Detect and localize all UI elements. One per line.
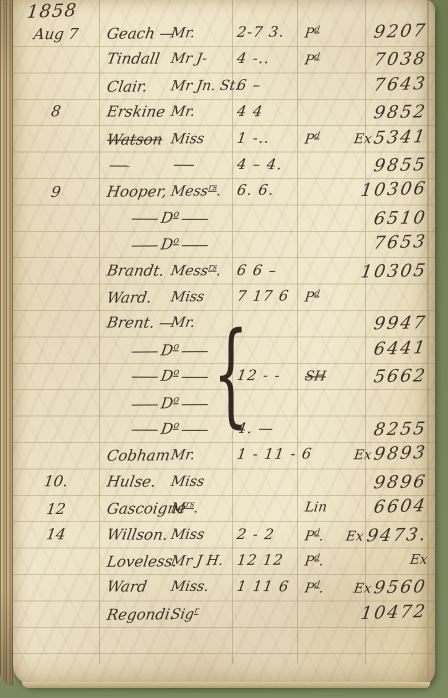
ledger-row: Loveless.Mr J H.12 12Pd.Ex (13, 547, 435, 576)
ledger-number: 9855 (373, 155, 429, 176)
negative-number-cell: Ex9893 (365, 444, 435, 464)
ledger-number: 6441 (373, 338, 429, 360)
negative-number-cell: 7038 (365, 50, 435, 70)
name-cell: Regondi.Sigr (99, 605, 232, 624)
ledger-number: 9947 (373, 314, 429, 335)
ledger-row: Regondi.Sigr10472 (13, 600, 435, 629)
name-cell: WatsonMiss (99, 130, 232, 149)
amount-cell: 12 - - (231, 368, 298, 384)
negative-number-cell: 9855 (365, 156, 435, 176)
name-cell: Brandt.Messrs. (99, 261, 232, 280)
ledger-number: 5662 (373, 367, 429, 388)
ledger-page: 1858 Aug 7Geach —Mr.2-7 3.Pd9207TindallM… (13, 0, 435, 686)
paid-mark-cell: Pd (296, 288, 366, 306)
date-cell: 9 (13, 183, 100, 202)
amount-cell: 1 - 11 - 6 (231, 447, 298, 463)
negative-number-cell: 9852 (365, 103, 435, 123)
paid-mark-cell: Pd (296, 51, 367, 69)
negative-number-cell: Ex9560 (365, 578, 435, 598)
name-cell: Brent. —Mr. (99, 314, 232, 333)
name-cell: TindallMr J- (99, 50, 232, 69)
date-cell (13, 562, 99, 563)
paid-mark-cell: Pd. (296, 552, 366, 570)
date-cell: 12 (13, 500, 100, 519)
negative-number-cell: 9947 (365, 314, 435, 334)
ledger-number: 10306 (360, 179, 429, 201)
ledger-row: 9Hooper,Messrs.6. 6.10306 (13, 177, 435, 206)
name-cell: Do (99, 235, 232, 254)
amount-cell: 1 11 6 (231, 580, 298, 596)
ledger-number: 9473. (365, 525, 428, 546)
name-cell: Willson.Miss (99, 525, 232, 544)
ledger-row: Do (13, 388, 435, 417)
ledger-row: Ward.Miss7 17 6Pd (13, 283, 435, 312)
date-cell: 8 (13, 102, 100, 120)
date-cell (13, 456, 99, 457)
amount-cell: 6 6 – (231, 263, 298, 279)
ledger-row: 4 – 4.9855 (13, 151, 435, 179)
ledger-number: 8255 (373, 419, 429, 440)
name-cell: Hooper,Messrs. (99, 183, 232, 202)
underlying-page-edge (22, 682, 430, 688)
date-cell: Aug 7 (13, 25, 100, 44)
negative-number-cell: 8255 (365, 420, 435, 440)
amount-cell: 6 – (231, 78, 298, 94)
ledger-number: 7643 (373, 74, 429, 96)
ledger-row: Brent. —Mr.9947 (13, 309, 435, 337)
ledger-number: 6510 (373, 208, 429, 229)
ledger-row: CobhamMr.1 - 11 - 6Ex9893 (13, 441, 435, 470)
ledger-row: 8ErskineMr.4 49852 (13, 98, 435, 126)
negative-number-cell: 7643 (365, 75, 435, 95)
name-cell: GascoigneMrs. (99, 499, 232, 518)
exposure-note: Ex (345, 528, 365, 544)
ledger-number: 7653 (373, 232, 429, 254)
name-cell: Do (99, 420, 232, 439)
ledger-row: Aug 7Geach —Mr.2-7 3.Pd9207 (13, 19, 435, 48)
ledger-number: 6604 (373, 496, 429, 518)
negative-number-cell: 6604 (365, 497, 435, 517)
ledger-row: Clair.Mr Jn. St.6 –7643 (13, 72, 435, 101)
negative-number-cell: 9207 (365, 22, 435, 42)
date-cell: 14 (13, 525, 100, 543)
ledger-row: Do7653 (13, 230, 435, 259)
negative-number-cell: Ex (365, 552, 435, 568)
exposure-note: Ex (408, 552, 428, 568)
name-cell: Do (99, 341, 232, 360)
date-cell (13, 298, 99, 299)
ledger-row: TindallMr J-4 -..Pd7038 (13, 45, 435, 73)
date-cell (13, 404, 99, 405)
name-cell: Clair.Mr Jn. St. (99, 77, 232, 96)
name-cell: Geach —Mr. (99, 24, 232, 43)
amount-cell: 1 -.. (231, 130, 298, 146)
ledger-row: Do12 - -SH5662 (13, 362, 435, 390)
name-cell: Do (99, 394, 232, 413)
exposure-note: Ex (353, 448, 373, 464)
ledger-row: Do6441 (13, 336, 435, 365)
amount-cell: 4. — (231, 421, 298, 437)
name-cell (99, 156, 232, 175)
ledger-row: Do4. —8255 (13, 415, 435, 443)
date-cell (13, 87, 99, 88)
amount-cell: 4 -.. (231, 52, 298, 68)
date-cell (13, 245, 99, 246)
negative-number-cell: 6510 (365, 209, 435, 229)
ledger-number: 5341 (373, 127, 429, 149)
ledger-number: 9560 (373, 578, 429, 599)
name-cell: CobhamMr. (99, 447, 232, 466)
exposure-note: Ex (353, 581, 373, 597)
negative-number-cell: 9896 (365, 473, 435, 493)
name-cell: Loveless.Mr J H. (99, 552, 232, 571)
ledger-row: 10.Hulse.Miss9896 (13, 468, 435, 496)
amount-cell: 4 4 (231, 104, 298, 120)
paid-mark-cell: SH (296, 369, 366, 385)
ledger-number: 9207 (373, 21, 429, 43)
date-cell (13, 615, 99, 616)
date-cell (13, 140, 99, 141)
name-cell: ErskineMr. (99, 103, 232, 122)
scanned-ledger-photo: 1858 Aug 7Geach —Mr.2-7 3.Pd9207TindallM… (0, 0, 448, 698)
amount-cell: 6. 6. (231, 183, 298, 199)
ledger-number: 10305 (360, 261, 429, 282)
ledger-row: Do6510 (13, 204, 435, 232)
paid-mark-cell: Pd (296, 24, 366, 42)
ledger-number: 9893 (373, 444, 429, 466)
ledger-row: 14Willson.Miss2 - 2Pd.Ex9473. (13, 521, 435, 549)
amount-cell: 2 - 2 (231, 527, 298, 543)
amount-cell: 12 12 (231, 553, 298, 569)
negative-number-cell: 6441 (365, 339, 435, 359)
name-cell: Ward.Miss (99, 288, 232, 307)
ledger-row: WardMiss.1 11 6Pd.Ex9560 (13, 573, 435, 601)
amount-cell: 4 – 4. (231, 157, 298, 173)
name-cell: WardMiss. (99, 578, 232, 597)
date-cell (13, 351, 99, 352)
paid-mark-cell: Lin (296, 500, 366, 516)
ledger-number: 9896 (373, 472, 429, 493)
negative-number-cell: 7653 (365, 233, 435, 253)
ledger-row: WatsonMiss1 -..PdEx5341 (13, 124, 435, 153)
name-cell: Do (99, 208, 232, 227)
ledger-number: 9852 (373, 103, 429, 124)
year-label: 1858 (26, 2, 78, 22)
amount-cell: 2-7 3. (231, 25, 298, 41)
ledger-number: 7038 (373, 50, 429, 71)
negative-number-cell: 5662 (365, 367, 435, 387)
name-cell: Do (99, 367, 232, 386)
negative-number-cell: Ex9473. (365, 525, 435, 545)
negative-number-cell: 10472 (365, 603, 435, 623)
ledger-row: Brandt.Messrs.6 6 –10305 (13, 257, 435, 285)
amount-cell: 7 17 6 (231, 289, 298, 305)
ledger-number: 10472 (360, 602, 429, 624)
negative-number-cell: 10306 (365, 180, 435, 200)
negative-number-cell: 10305 (365, 261, 435, 281)
negative-number-cell: Ex5341 (365, 127, 435, 147)
ledger-row: 12GascoigneMrs.Lin6604 (13, 494, 435, 523)
date-cell: 10. (13, 472, 100, 490)
exposure-note: Ex (353, 131, 373, 147)
name-cell: Hulse.Miss (99, 472, 232, 491)
